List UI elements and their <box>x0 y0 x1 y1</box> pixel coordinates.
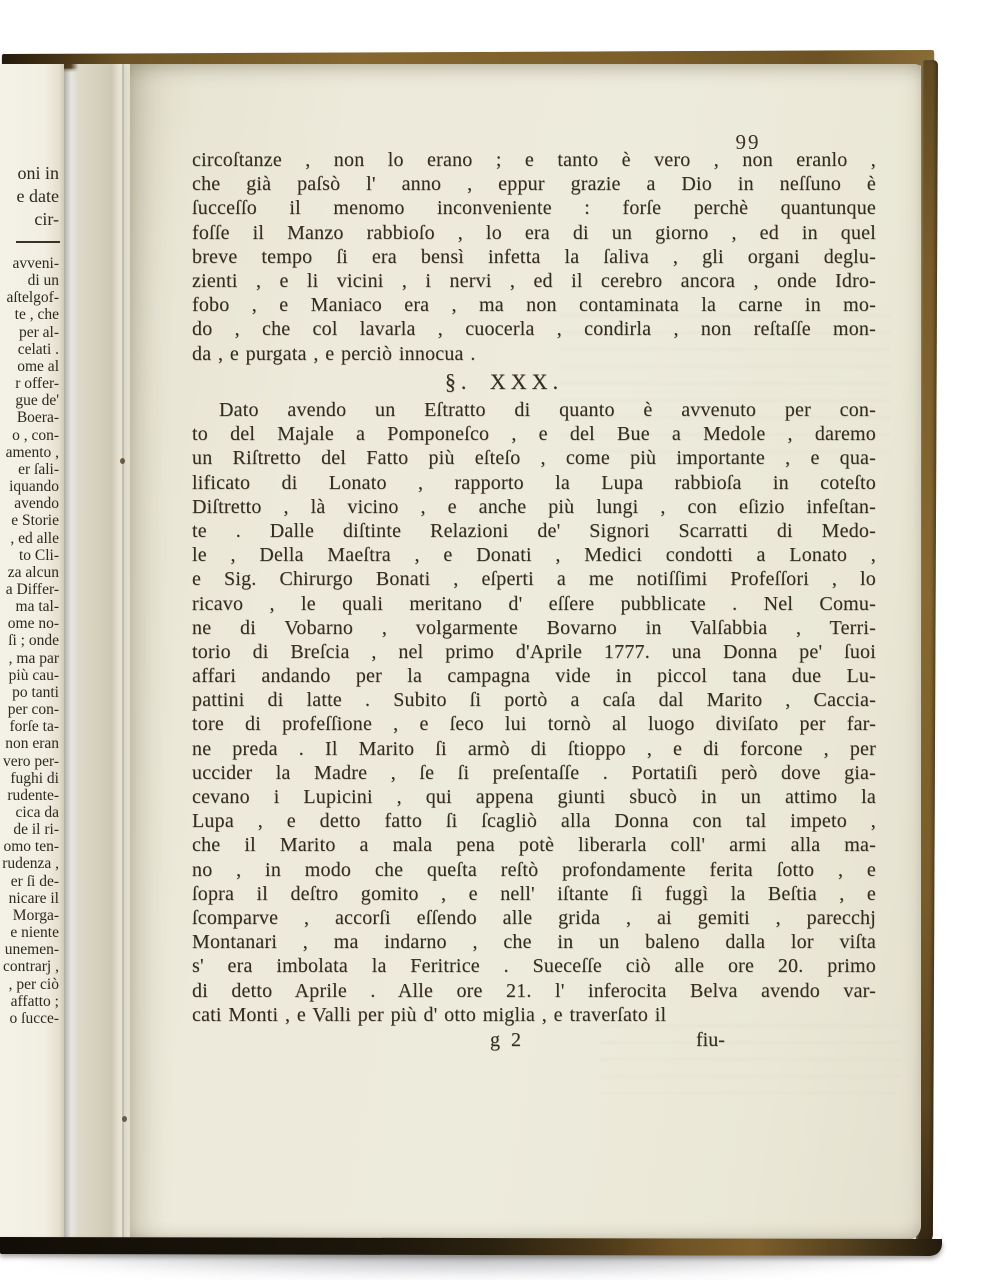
left-page-line: de il ri- <box>0 821 59 838</box>
left-page-line: , ed alle <box>0 530 59 547</box>
sewing-hole <box>120 458 125 464</box>
body-text-line: cati Monti , e Valli per più d' otto mig… <box>192 1003 876 1027</box>
left-page-line: più cau- <box>0 667 59 684</box>
left-page-line: cica da <box>0 804 59 821</box>
left-page-line: r offer- <box>0 375 59 392</box>
left-page-line: a Differ- <box>0 581 59 598</box>
body-text-line: ſucceſſo il menomo inconveniente : forſe… <box>192 196 876 220</box>
body-text-line: s' era imbolata la Feritrice . Sueceſſe … <box>192 954 876 978</box>
body-text-line: Diſtretto , là vicino , e anche più lung… <box>192 495 876 519</box>
left-page-line: ſi ; onde <box>0 632 59 649</box>
left-page-line: e date <box>0 185 59 208</box>
left-page-line: forſe ta- <box>0 718 59 735</box>
left-page-line: oni in <box>0 162 59 185</box>
paragraph-1: circoſtanze , non lo erano ; e tanto è v… <box>192 148 876 366</box>
left-page-lower-lines: avveni-di unaſtelgof-te , cheper al-cela… <box>0 255 64 1027</box>
body-text-line: di detto Aprile . Alle ore 21. l' infero… <box>192 979 876 1003</box>
body-text-line: to del Majale a Pomponeſco , e del Bue a… <box>192 422 876 446</box>
left-page-line: avveni- <box>0 255 59 272</box>
body-text-line: circoſtanze , non lo erano ; e tanto è v… <box>192 148 876 172</box>
body-text-line: Dato avendo un Eſtratto di quanto è avve… <box>192 398 876 422</box>
body-text-line: lificato di Lonato , rapporto la Lupa ra… <box>192 471 876 495</box>
left-page-line: po tanti <box>0 684 59 701</box>
left-page-line: er ſi de- <box>0 873 59 890</box>
foot-line: g 2 fiu- <box>192 1029 876 1055</box>
body-text-line: ſopra il deſtro gomito , e nell' iſtante… <box>192 882 876 906</box>
body-text-line: breve tempo ſi era bensì infetta la ſali… <box>192 245 876 269</box>
book-gutter <box>64 64 130 1240</box>
left-page-line: er ſali- <box>0 461 59 478</box>
body-text-line: ne di Vobarno , volgarmente Bovarno in V… <box>192 616 876 640</box>
left-page-line: affatto ; <box>0 993 59 1010</box>
right-page: 99 circoſtanze , non lo erano ; e tanto … <box>130 64 921 1240</box>
body-text-line: che il Marito a mala pena potè liberarla… <box>192 833 876 857</box>
body-text-line: tore di profeſſione , e ſeco lui tornò a… <box>192 712 876 736</box>
body-text-line: Lupa , e detto fatto ſi ſcagliò alla Don… <box>192 809 876 833</box>
body-text-line: e Sig. Chirurgo Bonati , eſperti a me no… <box>192 567 876 591</box>
body-text-line: da , e purgata , e perciò innocua . <box>192 342 876 366</box>
left-page-fragment: oni ine datecir- avveni-di unaſtelgof-te… <box>0 64 64 1240</box>
left-page-line: , ma par <box>0 650 59 667</box>
body-text-line: zienti , e li vicini , i nervi , ed il c… <box>192 269 876 293</box>
body-text-line: ricavo , le quali meritano d' eſſere pub… <box>192 592 876 616</box>
left-page-line: e niente <box>0 924 59 941</box>
left-page-line: ome al <box>0 358 59 375</box>
left-page-line: nicare il <box>0 890 59 907</box>
body-text-line: ne preda . Il Marito ſi armò di ſtioppo … <box>192 737 876 761</box>
left-page-line: te , che <box>0 306 59 323</box>
left-page-line: aſtelgof- <box>0 289 59 306</box>
body-text-line: foſſe il Manzo rabbioſo , lo era di un g… <box>192 221 876 245</box>
body-text-line: Montanari , ma indarno , che in un balen… <box>192 930 876 954</box>
section-heading: §. XXX. <box>162 368 846 396</box>
left-page-line: za alcun <box>0 564 59 581</box>
left-page-line: celati . <box>0 341 59 358</box>
body-text-line: cevano i Lupicini , qui appena giunti sb… <box>192 785 876 809</box>
sewing-hole <box>122 1116 127 1122</box>
left-page-line: , per ciò <box>0 976 59 993</box>
left-page-line: to Cli- <box>0 547 59 564</box>
left-page-line: vero per- <box>0 753 59 770</box>
left-page-line: gue de' <box>0 392 59 409</box>
left-page-line: rudente- <box>0 787 59 804</box>
left-page-line: o ſucce- <box>0 1010 59 1027</box>
left-page-line: cir- <box>0 208 59 231</box>
left-page-line: e Storie <box>0 512 59 529</box>
signature-mark: g 2 <box>490 1029 524 1052</box>
left-page-upper-lines: oni ine datecir- <box>0 64 64 231</box>
paragraph-2: Dato avendo un Eſtratto di quanto è avve… <box>192 398 876 1027</box>
left-page-line: rudenza , <box>0 855 59 872</box>
section-divider-rule <box>16 241 60 243</box>
body-text-line: ſcomparve , accorſi eſſendo alle grida ,… <box>192 906 876 930</box>
body-text-line: che già paſsò l' anno , eppur grazie a D… <box>192 172 876 196</box>
body-text-line: fobo , e Maniaco era , ma non contaminat… <box>192 293 876 317</box>
left-page-line: di un <box>0 272 59 289</box>
body-text-line: torio di Breſcia , nel primo d'Aprile 17… <box>192 640 876 664</box>
body-text-line: uccider la Madre , ſe ſi preſentaſſe . P… <box>192 761 876 785</box>
left-page-line: Morga- <box>0 907 59 924</box>
left-page-line: fughi di <box>0 770 59 787</box>
book-bottom-edge <box>0 1237 942 1256</box>
left-page-line: per al- <box>0 324 59 341</box>
left-page-line: avendo <box>0 495 59 512</box>
left-page-line: Boera- <box>0 409 59 426</box>
body-text-line: do , che col lavarla , cuocerla , condir… <box>192 317 876 341</box>
left-page-line: per con- <box>0 701 59 718</box>
catchword: fiu- <box>696 1029 725 1052</box>
left-page-line: omo ten- <box>0 838 59 855</box>
left-page-line: unemen- <box>0 941 59 958</box>
left-page-line: ma tal- <box>0 598 59 615</box>
body-text-line: no , in modo che queſta reſtò profondame… <box>192 858 876 882</box>
body-text-line: pattini di latte . Subito ſi portò a caſ… <box>192 688 876 712</box>
left-page-line: contrarj , <box>0 958 59 975</box>
left-page-line: non eran <box>0 735 59 752</box>
body-text-line: un Riſtretto del Fatto più eſteſo , come… <box>192 446 876 470</box>
left-page-line: o , con- <box>0 427 59 444</box>
left-page-line: iquando <box>0 478 59 495</box>
left-page-line: amento , <box>0 444 59 461</box>
body-text-line: te . Dalle diſtinte Relazioni de' Signor… <box>192 519 876 543</box>
left-page-line: ome no- <box>0 615 59 632</box>
body-text-line: affari andando per la campagna vide in p… <box>192 664 876 688</box>
body-text-line: le , Della Maeſtra , e Donati , Medici c… <box>192 543 876 567</box>
book-scan: oni ine datecir- avveni-di unaſtelgof-te… <box>0 0 982 1280</box>
